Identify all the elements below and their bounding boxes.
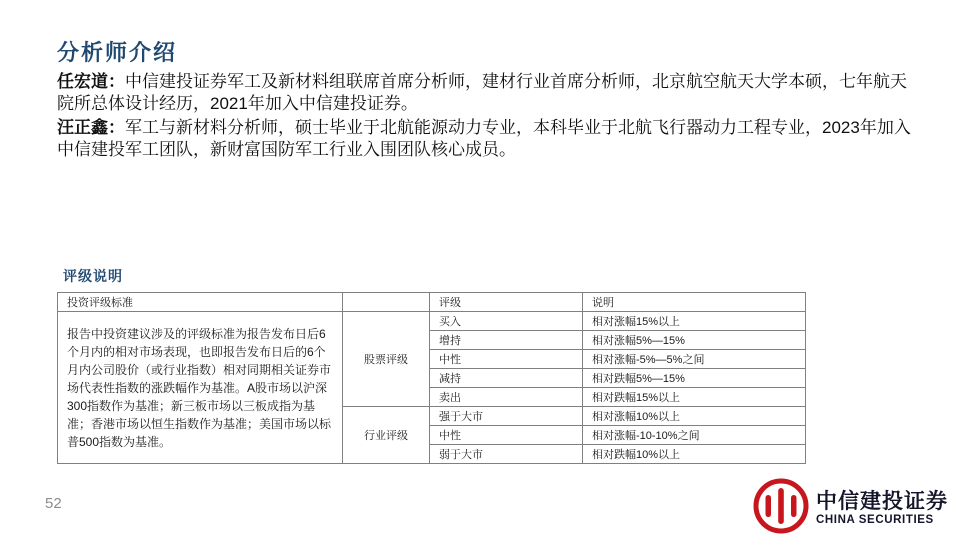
- description-cell: 相对跌幅10%以上: [583, 445, 806, 464]
- rating-cell: 减持: [430, 369, 583, 388]
- criteria-text-cell: 报告中投资建议涉及的评级标准为报告发布日后6个月内的相对市场表现，也即报告发布日…: [58, 312, 343, 464]
- analyst-name: 汪正鑫：: [57, 118, 125, 137]
- header-description: 说明: [583, 293, 806, 312]
- rating-cell: 增持: [430, 331, 583, 350]
- rating-table: 投资评级标准 评级 说明 报告中投资建议涉及的评级标准为报告发布日后6个月内的相…: [57, 292, 806, 464]
- analyst-bio-2: 汪正鑫：军工与新材料分析师，硕士毕业于北航能源动力专业，本科毕业于北航飞行器动力…: [57, 117, 913, 161]
- group-stock-rating: 股票评级: [343, 312, 430, 407]
- slide: 分析师介绍 任宏道：中信建投证券军工及新材料组联席首席分析师，建材行业首席分析师…: [0, 0, 960, 540]
- analyst-bio-1: 任宏道：中信建投证券军工及新材料组联席首席分析师，建材行业首席分析师，北京航空航…: [57, 71, 913, 115]
- rating-cell: 卖出: [430, 388, 583, 407]
- logo-chinese-name: 中信建投证券: [816, 490, 948, 514]
- rating-cell: 中性: [430, 426, 583, 445]
- description-cell: 相对涨幅15%以上: [583, 312, 806, 331]
- description-cell: 相对涨幅-5%—5%之间: [583, 350, 806, 369]
- analyst-bio-text: 军工与新材料分析师，硕士毕业于北航能源动力专业，本科毕业于北航飞行器动力工程专业…: [57, 118, 911, 159]
- rating-cell: 弱于大市: [430, 445, 583, 464]
- logo-english-name: CHINA SECURITIES: [816, 514, 948, 527]
- analyst-bio-text: 中信建投证券军工及新材料组联席首席分析师，建材行业首席分析师，北京航空航天大学本…: [57, 72, 907, 113]
- rating-cell: 买入: [430, 312, 583, 331]
- header-empty: [343, 293, 430, 312]
- header-rating: 评级: [430, 293, 583, 312]
- table-header-row: 投资评级标准 评级 说明: [58, 293, 806, 312]
- page-number: 52: [45, 495, 62, 512]
- csc-emblem-icon: [752, 477, 810, 540]
- description-cell: 相对涨幅5%—15%: [583, 331, 806, 350]
- header-criteria: 投资评级标准: [58, 293, 343, 312]
- page-title: 分析师介绍: [57, 36, 177, 67]
- logo-text-block: 中信建投证券 CHINA SECURITIES: [816, 490, 948, 527]
- group-industry-rating: 行业评级: [343, 407, 430, 464]
- description-cell: 相对涨幅10%以上: [583, 407, 806, 426]
- analyst-bios: 任宏道：中信建投证券军工及新材料组联席首席分析师，建材行业首席分析师，北京航空航…: [57, 71, 913, 163]
- rating-cell: 中性: [430, 350, 583, 369]
- description-cell: 相对跌幅5%—15%: [583, 369, 806, 388]
- description-cell: 相对跌幅15%以上: [583, 388, 806, 407]
- analyst-name: 任宏道：: [57, 72, 125, 91]
- rating-section-heading: 评级说明: [63, 266, 123, 286]
- rating-cell: 强于大市: [430, 407, 583, 426]
- description-cell: 相对涨幅-10-10%之间: [583, 426, 806, 445]
- company-logo: 中信建投证券 CHINA SECURITIES: [752, 477, 948, 540]
- table-row: 报告中投资建议涉及的评级标准为报告发布日后6个月内的相对市场表现，也即报告发布日…: [58, 312, 806, 331]
